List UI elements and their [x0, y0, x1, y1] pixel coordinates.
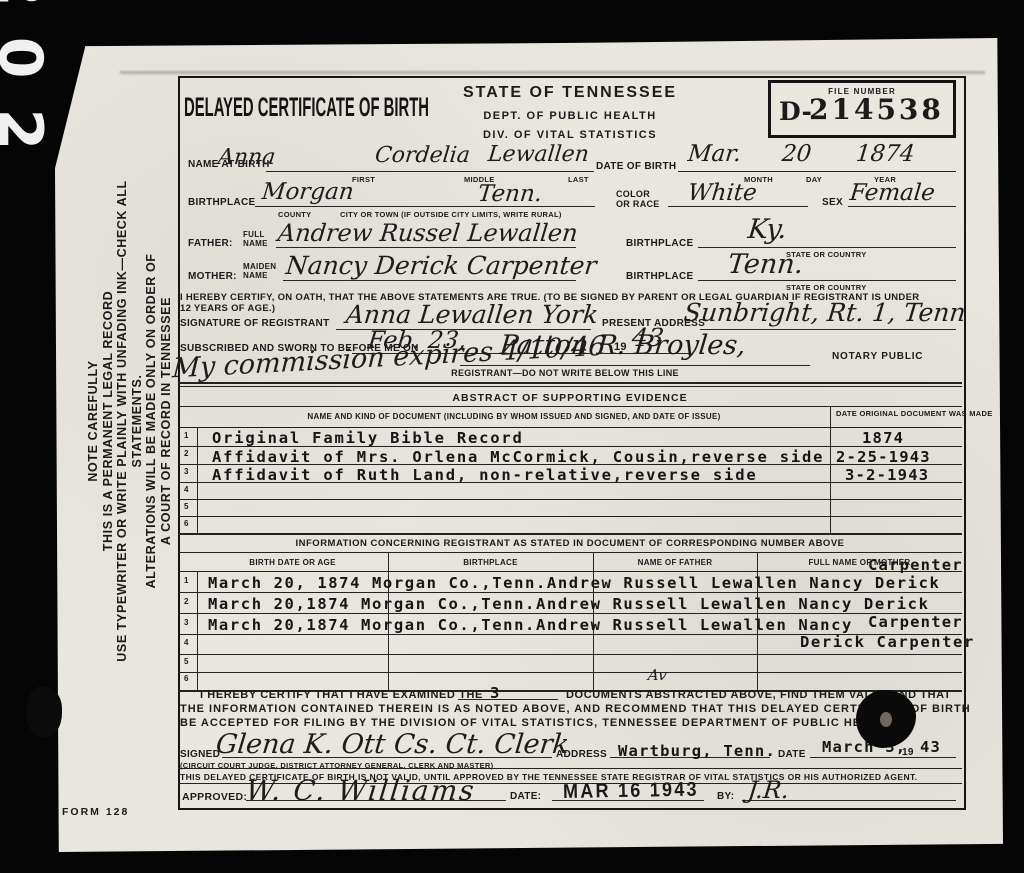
- sex-line: [848, 206, 956, 207]
- no-write-below-line: REGISTRANT—DO NOT WRITE BELOW THIS LINE: [410, 368, 720, 378]
- abstract-row-line-4: [178, 499, 962, 500]
- dob-year-value: 1874: [855, 141, 916, 167]
- cert-date-line: [810, 757, 956, 758]
- mother-birthplace-line: [698, 280, 956, 281]
- name-last-value: Lewallen: [487, 142, 590, 167]
- by-initials-value: J.R.: [747, 776, 791, 804]
- abstract-doc-value: Affidavit of Ruth Land, non-relative,rev…: [212, 466, 757, 484]
- abstract-number-divider: [197, 427, 198, 533]
- cert-doc-count-line: [458, 699, 558, 700]
- dob-month-value: Mar.: [687, 141, 743, 167]
- father-birthplace-label: BIRTHPLACE: [626, 238, 693, 249]
- abstract-row-num: 1: [184, 431, 189, 440]
- name-middle-value: Cordelia: [374, 143, 472, 168]
- abstract-title-rule: [178, 406, 962, 407]
- father-birthplace-line: [698, 247, 956, 248]
- abstract-doc-column-header: NAME AND KIND OF DOCUMENT (INCLUDING BY …: [200, 412, 828, 421]
- margin-line-court-of-record: A COURT OF RECORD IN TENNESSEE: [159, 111, 174, 731]
- state-heading: STATE OF TENNESSEE: [430, 84, 710, 102]
- margin-line-alterations: ALTERATIONS WILL BE MADE ONLY ON ORDER O…: [144, 111, 159, 731]
- dob-line: [678, 171, 956, 172]
- info-row-num: 3: [184, 618, 189, 627]
- abstract-date-value: 2-25-1943: [836, 448, 931, 466]
- dept-heading: DEPT. OF PUBLIC HEALTH: [430, 110, 710, 122]
- last-sublabel: LAST: [568, 175, 589, 184]
- abstract-date-column-header: DATE ORIGINAL DOCUMENT WAS MADE: [836, 409, 958, 418]
- by-label: BY:: [717, 791, 734, 802]
- approved-date-stamp: MAR 16 1943: [563, 779, 699, 804]
- info-title-rule: [178, 552, 962, 553]
- abstract-header-rule: [178, 427, 962, 428]
- margin-line-permanent-record: THIS IS A PERMANENT LEGAL RECORD: [101, 111, 116, 731]
- name-line: [266, 171, 594, 172]
- abstract-bottom-rule: [178, 533, 962, 535]
- cert-year-value: 43: [920, 738, 941, 756]
- info-row-4-mother-value: Derick Carpenter: [800, 633, 975, 651]
- margin-line-note-carefully: NOTE CAREFULLY: [86, 111, 101, 731]
- registrant-signature-value: Anna Lewallen York: [344, 300, 599, 329]
- mother-label: MOTHER:: [188, 271, 237, 282]
- city-or-town-sublabel: CITY OR TOWN (IF OUTSIDE CITY LIMITS, WR…: [340, 210, 562, 219]
- info-col-father: NAME OF FATHER: [593, 558, 757, 567]
- race-value: White: [687, 180, 758, 206]
- mother-name-line: [283, 280, 576, 281]
- abstract-row-num: 3: [184, 467, 189, 476]
- file-number-box: FILE NUMBER D- 214538: [768, 80, 956, 138]
- margin-line-statements: STATEMENTS.: [130, 111, 145, 731]
- info-row-line-1: [178, 592, 962, 593]
- approved-date-label: DATE:: [510, 791, 541, 802]
- info-row-3-values: March 20,1874 Morgan Co.,Tenn.Andrew Rus…: [208, 616, 853, 634]
- birthplace-label: BIRTHPLACE: [188, 197, 255, 208]
- paper-crease: [120, 71, 985, 74]
- ink-blot-hole: [880, 712, 892, 727]
- info-col-birthplace: BIRTHPLACE: [388, 558, 593, 567]
- dob-day-value: 20: [781, 141, 813, 167]
- division-heading: DIV. OF VITAL STATISTICS: [430, 129, 710, 141]
- mother-state-sublabel: STATE OR COUNTRY: [786, 283, 867, 292]
- cert-doc-count: 3: [490, 684, 501, 702]
- abstract-title: ABSTRACT OF SUPPORTING EVIDENCE: [200, 392, 940, 404]
- info-col-birthdate: BIRTH DATE OR AGE: [197, 558, 388, 567]
- info-row-line-5: [178, 672, 962, 673]
- cert-line2: THE INFORMATION CONTAINED THEREIN IS AS …: [180, 703, 971, 715]
- abstract-doc-value: Affidavit of Mrs. Orlena McCormick, Cous…: [212, 448, 824, 466]
- margin-instructions: NOTE CAREFULLY THIS IS A PERMANENT LEGAL…: [86, 111, 174, 731]
- abstract-row-num: 6: [184, 519, 189, 528]
- abstract-date-value: 1874: [862, 429, 904, 447]
- margin-line-use-typewriter: USE TYPEWRITER OR WRITE PLAINLY WITH UNF…: [115, 111, 130, 731]
- form-title: DELAYED CERTIFICATE OF BIRTH: [184, 92, 429, 123]
- abstract-row-num: 4: [184, 485, 189, 494]
- info-row-line-2: [178, 613, 962, 614]
- date-of-birth-label: DATE OF BIRTH: [596, 161, 676, 172]
- info-row-num: 5: [184, 657, 189, 666]
- cert-date-label: DATE: [778, 749, 806, 760]
- film-edge-number: 202: [0, 0, 55, 225]
- father-fullname-sublabel: FULL NAME: [243, 231, 268, 248]
- mother-birthplace-value: Tenn.: [726, 249, 805, 280]
- info-row-1-values: March 20, 1874 Morgan Co.,Tenn.Andrew Ru…: [208, 574, 940, 592]
- county-sublabel: COUNTY: [278, 210, 311, 219]
- birthplace-city-value: Tenn.: [477, 181, 544, 207]
- cert-line3: BE ACCEPTED FOR FILING BY THE DIVISION O…: [180, 717, 894, 729]
- info-row-num: 2: [184, 597, 189, 606]
- info-row-num: 1: [184, 576, 189, 585]
- notary-public-label: NOTARY PUBLIC: [832, 351, 923, 362]
- race-line: [668, 206, 808, 207]
- registrant-signature-label: SIGNATURE OF REGISTRANT: [180, 318, 330, 329]
- day-sublabel: DAY: [806, 175, 822, 184]
- cert-address-value: Wartburg, Tenn.: [618, 742, 776, 760]
- father-label: FATHER:: [188, 238, 233, 249]
- notary-signature-value: Patton R. Broyles,: [498, 330, 747, 361]
- father-name-value: Andrew Russel Lewallen: [277, 219, 580, 247]
- first-sublabel: FIRST: [352, 175, 375, 184]
- birthplace-county-value: Morgan: [261, 179, 355, 205]
- form-number: FORM 128: [62, 806, 129, 818]
- scanned-birth-certificate: 202 NOTE CAREFULLY THIS IS A PERMANENT L…: [0, 0, 1024, 873]
- info-title: INFORMATION CONCERNING REGISTRANT AS STA…: [200, 538, 940, 549]
- info-row-num: 4: [184, 638, 189, 647]
- present-address-value: Sunbright, Rt. 1, Tenn: [682, 298, 967, 327]
- sex-label: SEX: [822, 197, 843, 208]
- approved-signature-value: W. C. Williams: [244, 774, 477, 807]
- mother-name-value: Nancy Derick Carpenter: [284, 251, 598, 280]
- abstract-row-num: 5: [184, 502, 189, 511]
- abstract-row-num: 2: [184, 449, 189, 458]
- mother-birthplace-label: BIRTHPLACE: [626, 271, 693, 282]
- info-header-rule: [178, 571, 962, 572]
- info-row-line-4: [178, 654, 962, 655]
- abstract-date-divider: [830, 406, 831, 533]
- name-first-value: Anna: [217, 145, 277, 170]
- ink-blot-left: [26, 686, 62, 738]
- mother-maiden-sublabel: MAIDEN NAME: [243, 263, 276, 280]
- info-row-3-overflow: Carpenter: [868, 613, 963, 631]
- file-number-prefix: D-: [779, 97, 812, 126]
- info-row-2-values: March 20,1874 Morgan Co.,Tenn.Andrew Rus…: [208, 595, 930, 613]
- abstract-row-line-5: [178, 516, 962, 517]
- info-mother-overflow-top: Carpenter: [868, 556, 963, 574]
- cert-line1a: I HEREBY CERTIFY THAT I HAVE EXAMINED TH…: [200, 689, 483, 701]
- father-birthplace-value: Ky.: [746, 214, 788, 245]
- info-row-6-mark: Av: [647, 666, 668, 684]
- birthplace-line: [255, 206, 595, 207]
- validity-top-rule: [178, 768, 962, 769]
- signed-signature-value: Glena K. Ott Cs. Ct. Clerk: [214, 729, 570, 760]
- file-number-value: 214538: [809, 93, 944, 126]
- oath-text-line2: 12 YEARS OF AGE.): [180, 303, 275, 314]
- section-rule-2: [178, 386, 962, 387]
- sex-value: Female: [849, 180, 937, 206]
- father-name-line: [276, 247, 576, 248]
- section-rule: [178, 382, 962, 384]
- abstract-doc-value: Original Family Bible Record: [212, 429, 524, 447]
- approved-label: APPROVED:: [182, 791, 247, 803]
- abstract-date-value: 3-2-1943: [845, 466, 929, 484]
- color-or-race-label: COLOR OR RACE: [616, 189, 660, 209]
- info-row-num: 6: [184, 674, 189, 683]
